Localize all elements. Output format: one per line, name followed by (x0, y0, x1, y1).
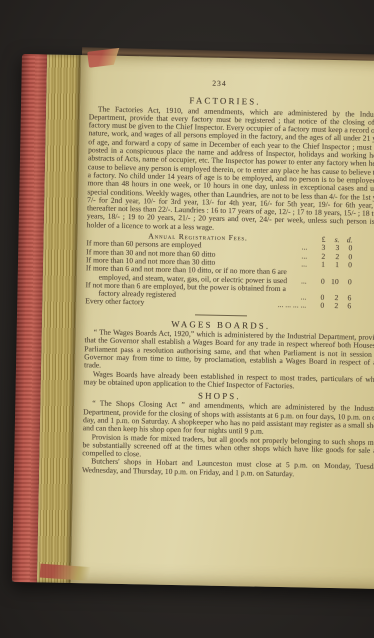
fee-row-pounds: 0 (309, 277, 325, 286)
fee-row-leader: ... (297, 260, 309, 269)
scanned-page: 234 FACTORIES. The Factories Act, 1910, … (71, 55, 374, 589)
fee-row-pounds: 0 (308, 302, 324, 311)
registration-fees-table: Annual Registration Fees. £ s. d. If mor… (85, 231, 352, 311)
fee-row-pence: 6 (338, 303, 351, 312)
fee-row-shillings: 1 (325, 261, 339, 270)
fee-row-leader: ... (297, 277, 309, 286)
section-divider-rule (195, 314, 247, 316)
fee-row-pounds: 1 (309, 260, 325, 269)
shops-paragraph-3: Butchers' shops in Hobart and Launceston… (82, 458, 374, 480)
fee-row-leader: ... ... ... ... (274, 301, 309, 310)
photo-of-book-page: 234 FACTORIES. The Factories Act, 1910, … (0, 0, 374, 638)
book: 234 FACTORIES. The Factories Act, 1910, … (12, 54, 374, 589)
wages-boards-paragraph-1: “ The Wages Boards Act, 1920,” which is … (84, 328, 374, 375)
page-number: 234 (89, 77, 349, 90)
wages-boards-paragraph-2: Wages Boards have already been establish… (84, 370, 374, 392)
fee-row-shillings: 2 (324, 302, 338, 311)
fee-row-pence: 0 (339, 278, 352, 287)
factories-paragraph: The Factories Act, 1910, and amendments,… (87, 105, 374, 235)
page-content: 234 FACTORIES. The Factories Act, 1910, … (73, 55, 374, 480)
fee-row-pence: 0 (339, 261, 352, 270)
fee-row-shillings: 10 (325, 277, 339, 286)
